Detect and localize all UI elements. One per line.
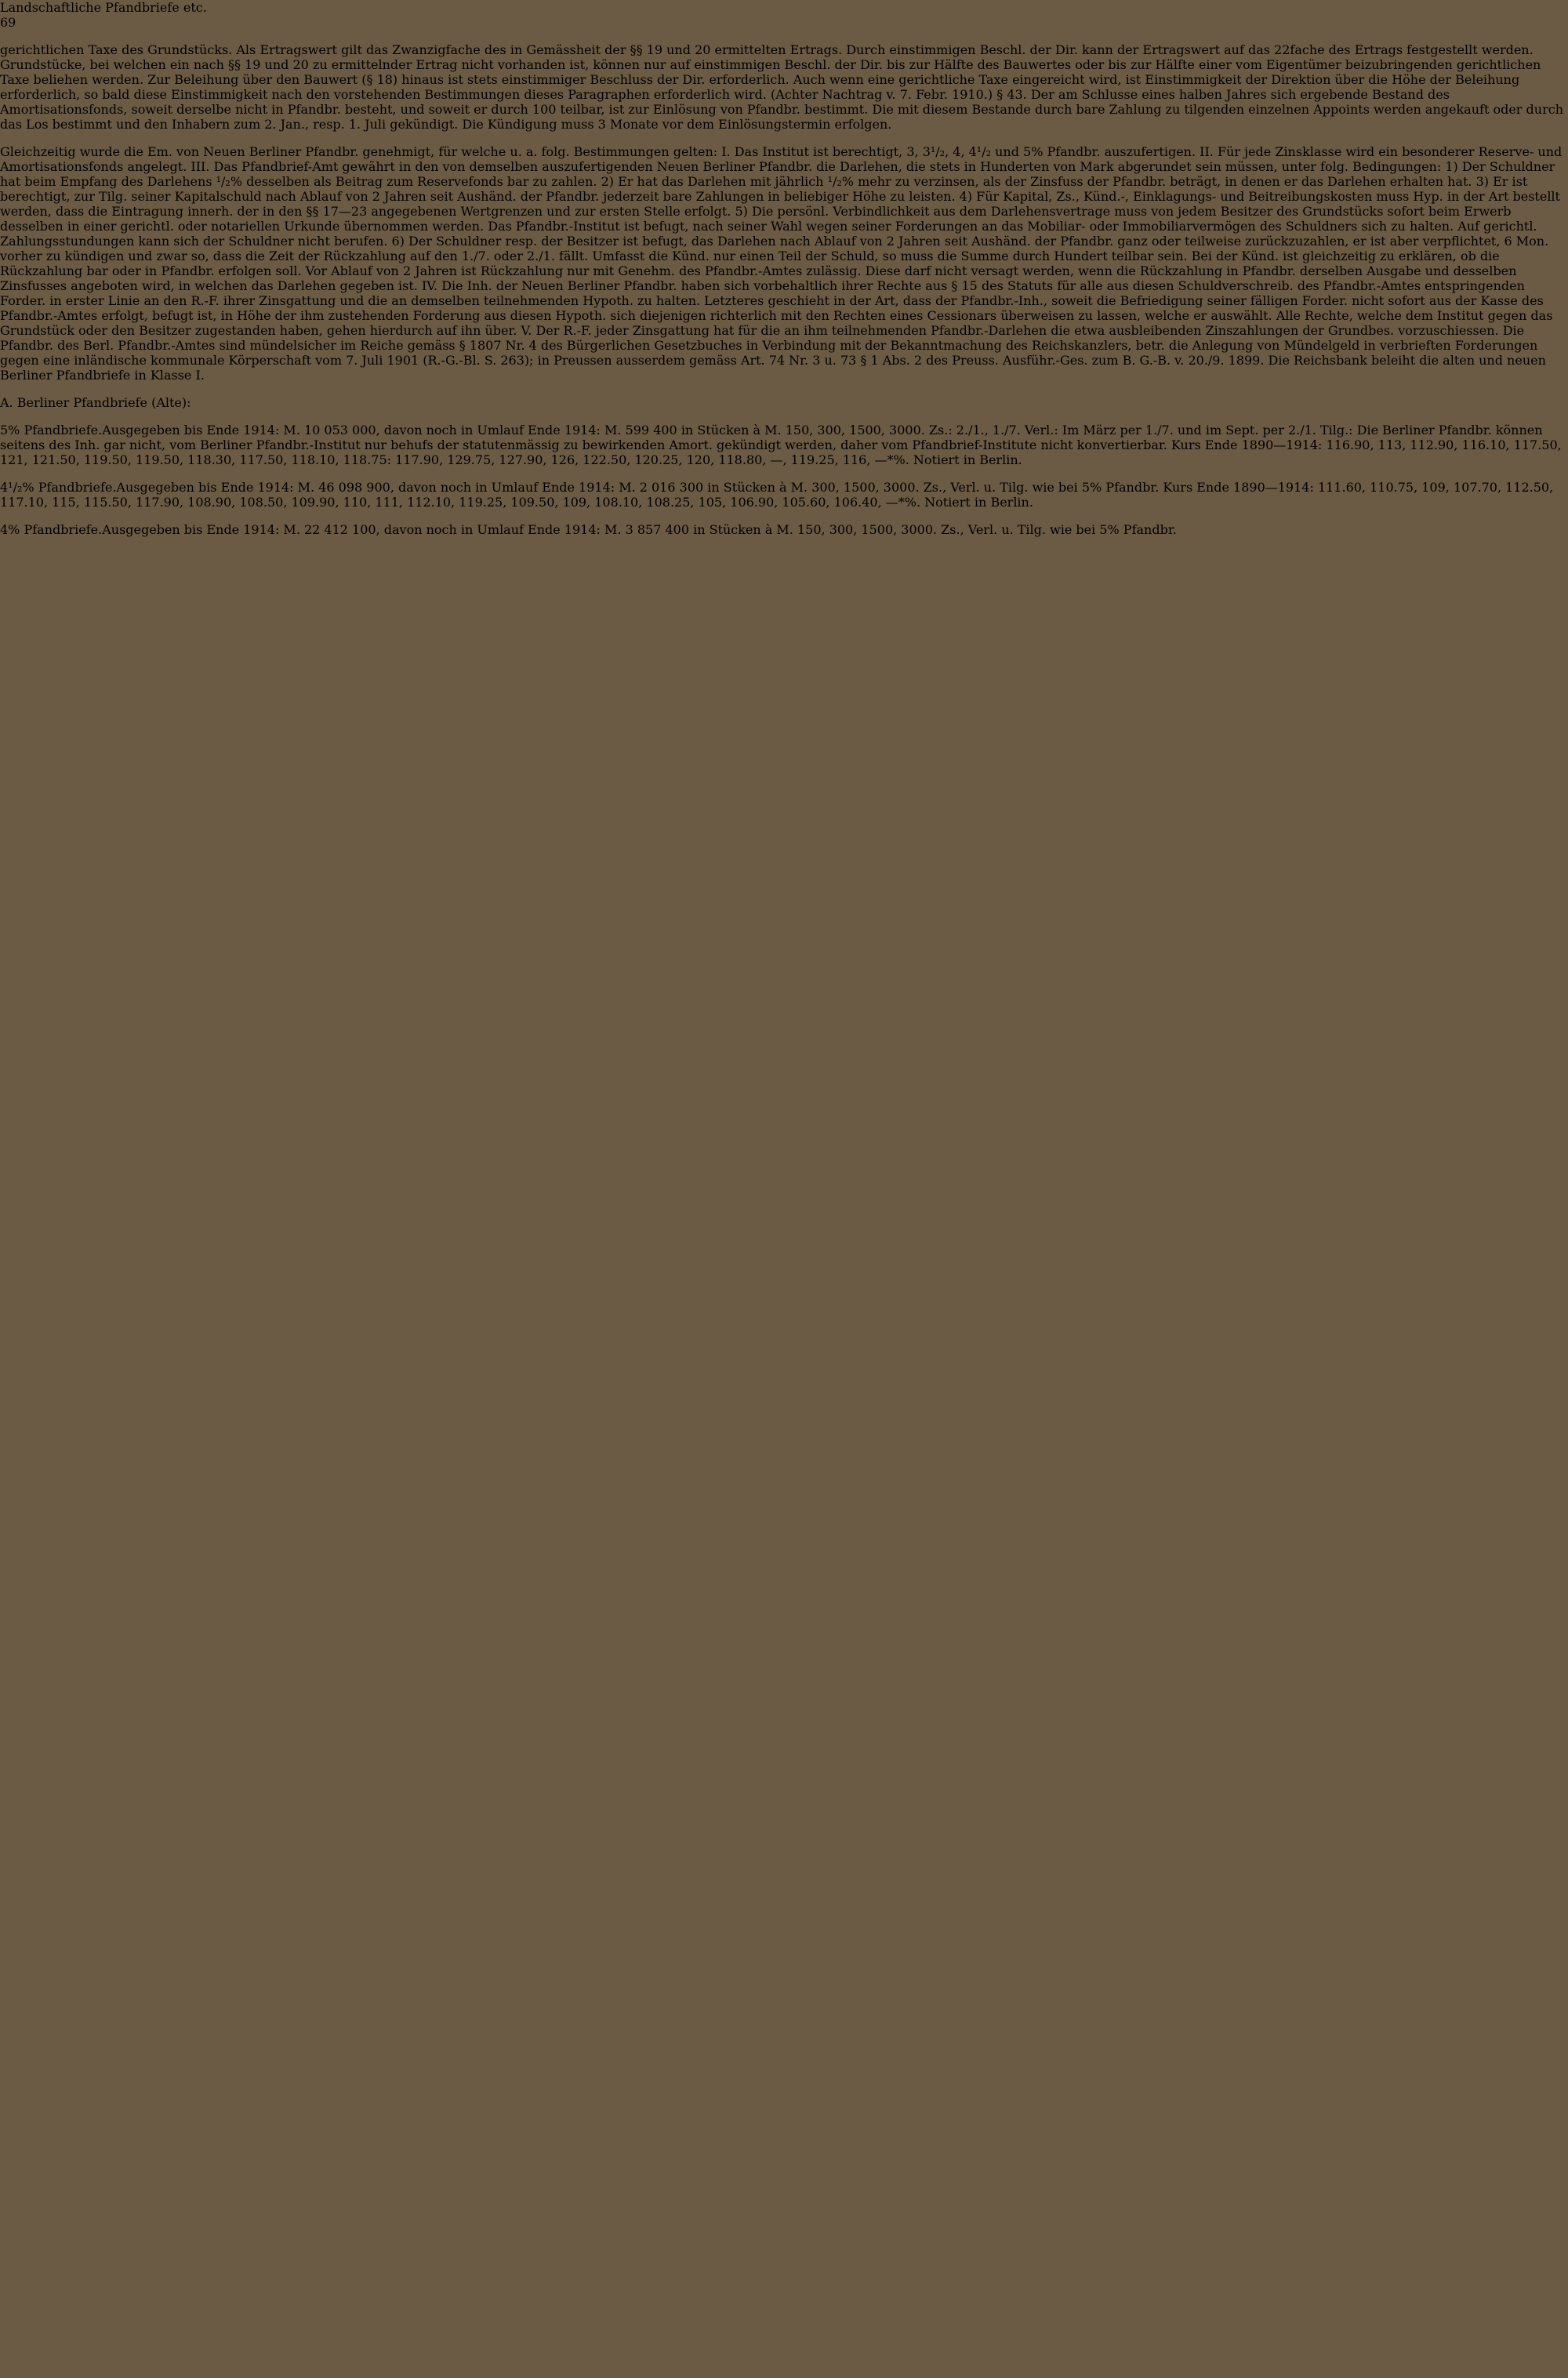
entry-text: Ausgegeben bis Ende 1914: M. 46 098 900,… (0, 480, 1553, 510)
entry-lead: 5% Pfandbriefe. (0, 423, 102, 437)
paragraph-regulations: Gleichzeitig wurde die Em. von Neuen Ber… (0, 144, 1568, 383)
entry-5pct-pfandbriefe: 5% Pfandbriefe.Ausgegeben bis Ende 1914:… (0, 423, 1568, 467)
entry-4half-pct-pfandbriefe: 4¹/₂% Pfandbriefe.Ausgegeben bis Ende 19… (0, 480, 1568, 510)
spaced-word-preussen: Preussen (554, 353, 612, 368)
page-number: 69 (0, 15, 1568, 30)
entry-4pct-pfandbriefe: 4% Pfandbriefe.Ausgegeben bis Ende 1914:… (0, 522, 1568, 537)
entry-lead: 4¹/₂% Pfandbriefe. (0, 480, 116, 495)
running-head: Landschaftliche Pfandbriefe etc. (0, 0, 1568, 15)
scanned-book-page: Landschaftliche Pfandbriefe etc. 69 geri… (0, 0, 1568, 2378)
section-heading: A. Berliner Pfandbriefe (Alte): (0, 395, 1568, 410)
paragraph-continuation: gerichtlichen Taxe des Grundstücks. Als … (0, 42, 1568, 132)
entry-text: Ausgegeben bis Ende 1914: M. 10 053 000,… (0, 423, 1562, 467)
page-body: gerichtlichen Taxe des Grundstücks. Als … (0, 42, 1568, 537)
entry-text: Ausgegeben bis Ende 1914: M. 22 412 100,… (102, 522, 1177, 537)
paragraph-text: gerichtlichen Taxe des Grundstücks. Als … (0, 42, 1563, 132)
entry-lead: 4% Pfandbriefe. (0, 522, 102, 537)
paragraph-text: Gleichzeitig wurde die Em. von Neuen Ber… (0, 144, 1562, 368)
